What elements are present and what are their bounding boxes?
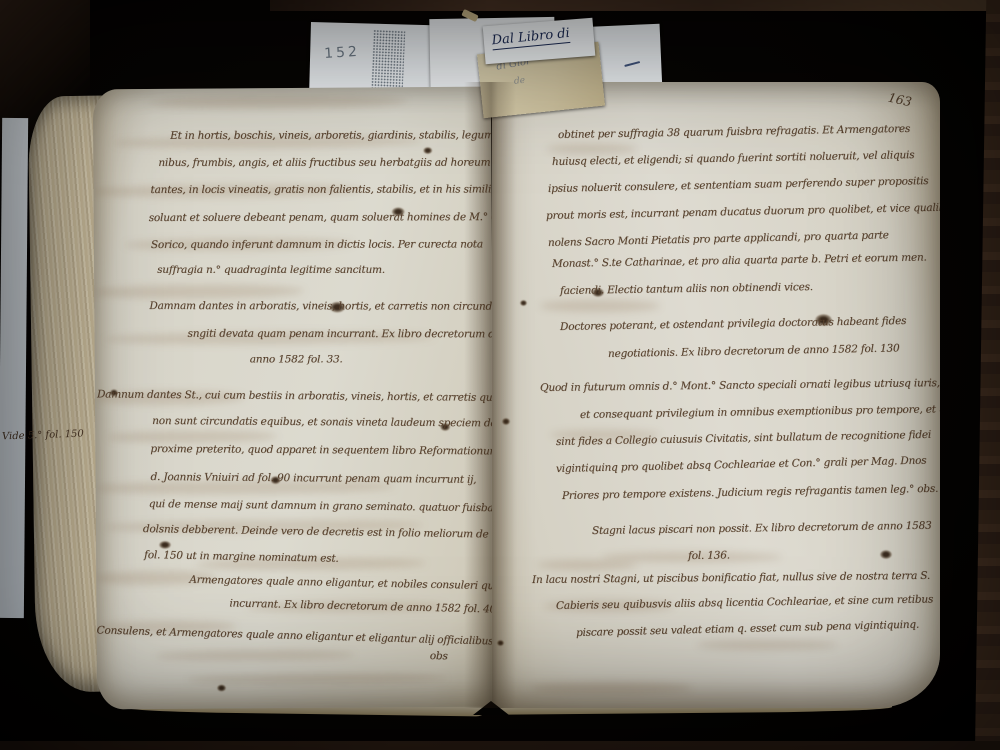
wood-shelf-bottom (0, 741, 1000, 750)
manuscript-line: Cabieris seu quibusvis aliis absq licent… (556, 594, 933, 611)
ink-stain (540, 300, 660, 312)
ink-stain (532, 682, 692, 694)
manuscript-line: Consulens, et Armengatores quale anno el… (96, 625, 495, 647)
manuscript-line: ipsius noluerit consulere, et sententiam… (548, 176, 929, 194)
wood-shelf-top (270, 0, 1000, 11)
ink-stain (537, 560, 637, 570)
tab-number-label: 152 (324, 44, 361, 62)
manuscript-line: obs (430, 651, 448, 662)
manuscript-line: Et in hortis, boschis, vineis, arboretis… (170, 130, 495, 141)
manuscript-line: dolsnis debberent. Deinde vero de decret… (143, 524, 489, 540)
manuscript-line: tantes, in locis vineatis, gratis non fa… (151, 184, 496, 195)
pen-mark (624, 61, 640, 67)
manuscript-line: Armengatores quale anno eligantur, et no… (189, 575, 495, 593)
manuscript-line: faciendi. Electio tantum aliis non obtin… (560, 282, 813, 296)
manuscript-line: fol. 150 ut in margine nominatum est. (144, 550, 339, 564)
manuscript-line: et consequant privilegium in omnibus exe… (580, 404, 940, 420)
manuscript-line: Damnam dantes in arboratis, vineis, hort… (149, 301, 495, 312)
manuscript-line: Quod in futurum omnis d.° Mont.° Sancto … (540, 377, 940, 393)
manuscript-line: prout moris est, incurrant penam ducatus… (546, 202, 940, 221)
ink-stain (148, 95, 408, 109)
right-page: obtinet per suffragia 38 quarum fuisbra … (492, 82, 940, 708)
ink-stain (155, 650, 355, 661)
aged-tab-text: de (514, 76, 526, 87)
manuscript-line: sngiti devata quam penam incurrant. Ex l… (188, 329, 496, 340)
speckled-patch (371, 29, 406, 92)
ink-stain (107, 430, 277, 443)
ink-stain (187, 673, 447, 685)
ink-spot (520, 300, 527, 306)
manuscript-line: anno 1582 fol. 33. (250, 354, 343, 365)
manuscript-line: proxime preterito, quod apparet in seque… (150, 444, 495, 457)
manuscript-line: Stagni lacus piscari non possit. Ex libr… (592, 521, 932, 537)
manuscript-line: nolens Sacro Monti Pietatis pro parte ap… (548, 230, 889, 248)
manuscript-line: Monast.° S.te Catharinae, et pro alia qu… (552, 252, 927, 269)
left-page: Et in hortis, boschis, vineis, arboretis… (93, 87, 495, 710)
ink-spot (159, 541, 171, 549)
wood-shelf-right (975, 0, 1000, 750)
manuscript-line: piscare possit seu valeat etiam q. esset… (576, 620, 919, 639)
manuscript-line: non sunt circundatis equibus, et sonais … (152, 416, 495, 429)
ink-spot (502, 418, 510, 425)
manuscript-line: negotiationis. Ex libro decretorum de an… (608, 343, 900, 359)
manuscript-line: qui de mense maij sunt damnum in grano s… (149, 499, 494, 514)
manuscript-line: obtinet per suffragia 38 quarum fuisbra … (558, 124, 910, 141)
manuscript-line: suffragia n.° quadraginta legitime sanci… (157, 265, 385, 276)
manuscript-line: Sorico, quando inferunt damnum in dictis… (151, 239, 483, 250)
loose-white-sheet (0, 118, 28, 618)
manuscript-line: soluant et soluere debeant penam, quam s… (149, 212, 495, 223)
dal-libro-label: Dal Libro di (491, 26, 571, 50)
ink-spot (880, 550, 892, 559)
ink-spot (423, 147, 432, 154)
manuscript-photo: 152 di Gior de Dal Libro di (0, 0, 1000, 750)
manuscript-line: fol. 136. (688, 550, 730, 561)
manuscript-line: d. Joannis Vniuiri ad fol. 90 incurrunt … (151, 472, 477, 485)
ink-stain (697, 640, 837, 650)
ink-spot (497, 640, 504, 646)
manuscript-line: incurrant. Ex libro decretorum de anno 1… (229, 598, 495, 615)
manuscript-line: In lacu nostri Stagni, ut piscibus bonif… (532, 571, 930, 586)
manuscript-line: Priores pro tempore existens. Judicium r… (562, 484, 938, 502)
manuscript-line: nibus, frumbis, angis, et aliis fructibu… (158, 158, 495, 169)
ink-stain (547, 144, 637, 154)
ink-stain (94, 284, 304, 299)
ink-spot (217, 684, 226, 691)
manuscript-line: vigintiquinq pro quolibet absq Cochleari… (556, 456, 927, 475)
manuscript-line: Doctores poterant, et ostendant privileg… (560, 316, 906, 333)
